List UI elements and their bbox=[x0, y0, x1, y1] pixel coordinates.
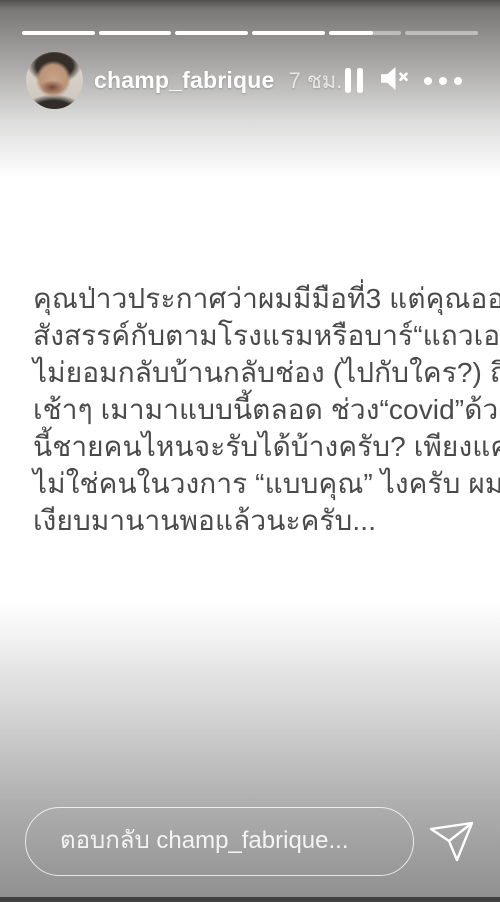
story-viewer: champ_fabrique 7 ชม. คุณป่าวประกาศว่าผมม… bbox=[0, 0, 500, 902]
story-header: champ_fabrique 7 ชม. bbox=[0, 50, 500, 110]
story-progress bbox=[22, 31, 478, 35]
story-text-line: ไม่ยอมกลับบ้านกลับช่อง (ไปกับใคร?) ถึงบ้… bbox=[33, 354, 490, 391]
more-options-button[interactable] bbox=[424, 73, 462, 88]
paper-plane-icon bbox=[426, 814, 476, 869]
pause-button[interactable] bbox=[345, 68, 363, 93]
progress-segment bbox=[22, 31, 95, 35]
progress-segment bbox=[405, 31, 478, 35]
ellipsis-icon bbox=[424, 73, 462, 88]
progress-segment bbox=[329, 31, 402, 35]
reply-input[interactable] bbox=[25, 807, 414, 876]
story-text-line: ไม่ใช่คนในวงการ “แบบคุณ” ไงครับ ผมว่าผม bbox=[33, 465, 490, 502]
progress-segment bbox=[175, 31, 248, 35]
speaker-muted-icon bbox=[379, 65, 412, 95]
story-text-line: คุณป่าวประกาศว่าผมมีมือที่3 แต่คุณออกไป bbox=[33, 280, 490, 317]
mute-button[interactable] bbox=[379, 65, 412, 95]
story-text: คุณป่าวประกาศว่าผมมีมือที่3 แต่คุณออกไปส… bbox=[33, 280, 490, 539]
story-timestamp: 7 ชม. bbox=[288, 63, 342, 98]
story-text-line: นี้ชายคนไหนจะรับได้บ้างครับ? เพียงแค่ผม bbox=[33, 428, 490, 465]
story-text-line: เช้าๆ เมามาแบบนี้ตลอด ช่วง“covid”ด้วย แบ… bbox=[33, 391, 490, 428]
progress-segment bbox=[252, 31, 325, 35]
pause-icon bbox=[345, 68, 351, 93]
reply-bar bbox=[0, 806, 500, 876]
avatar[interactable] bbox=[26, 52, 83, 109]
story-text-line: สังสรรค์กับตามโรงแรมหรือบาร์“แถวเอกมัย” bbox=[33, 317, 490, 354]
story-text-line: เงียบมานานพอแล้วนะครับ... bbox=[33, 502, 490, 539]
bottom-edge-strip bbox=[0, 897, 500, 902]
progress-segment bbox=[99, 31, 172, 35]
send-button[interactable] bbox=[426, 814, 476, 869]
username[interactable]: champ_fabrique bbox=[94, 67, 274, 94]
